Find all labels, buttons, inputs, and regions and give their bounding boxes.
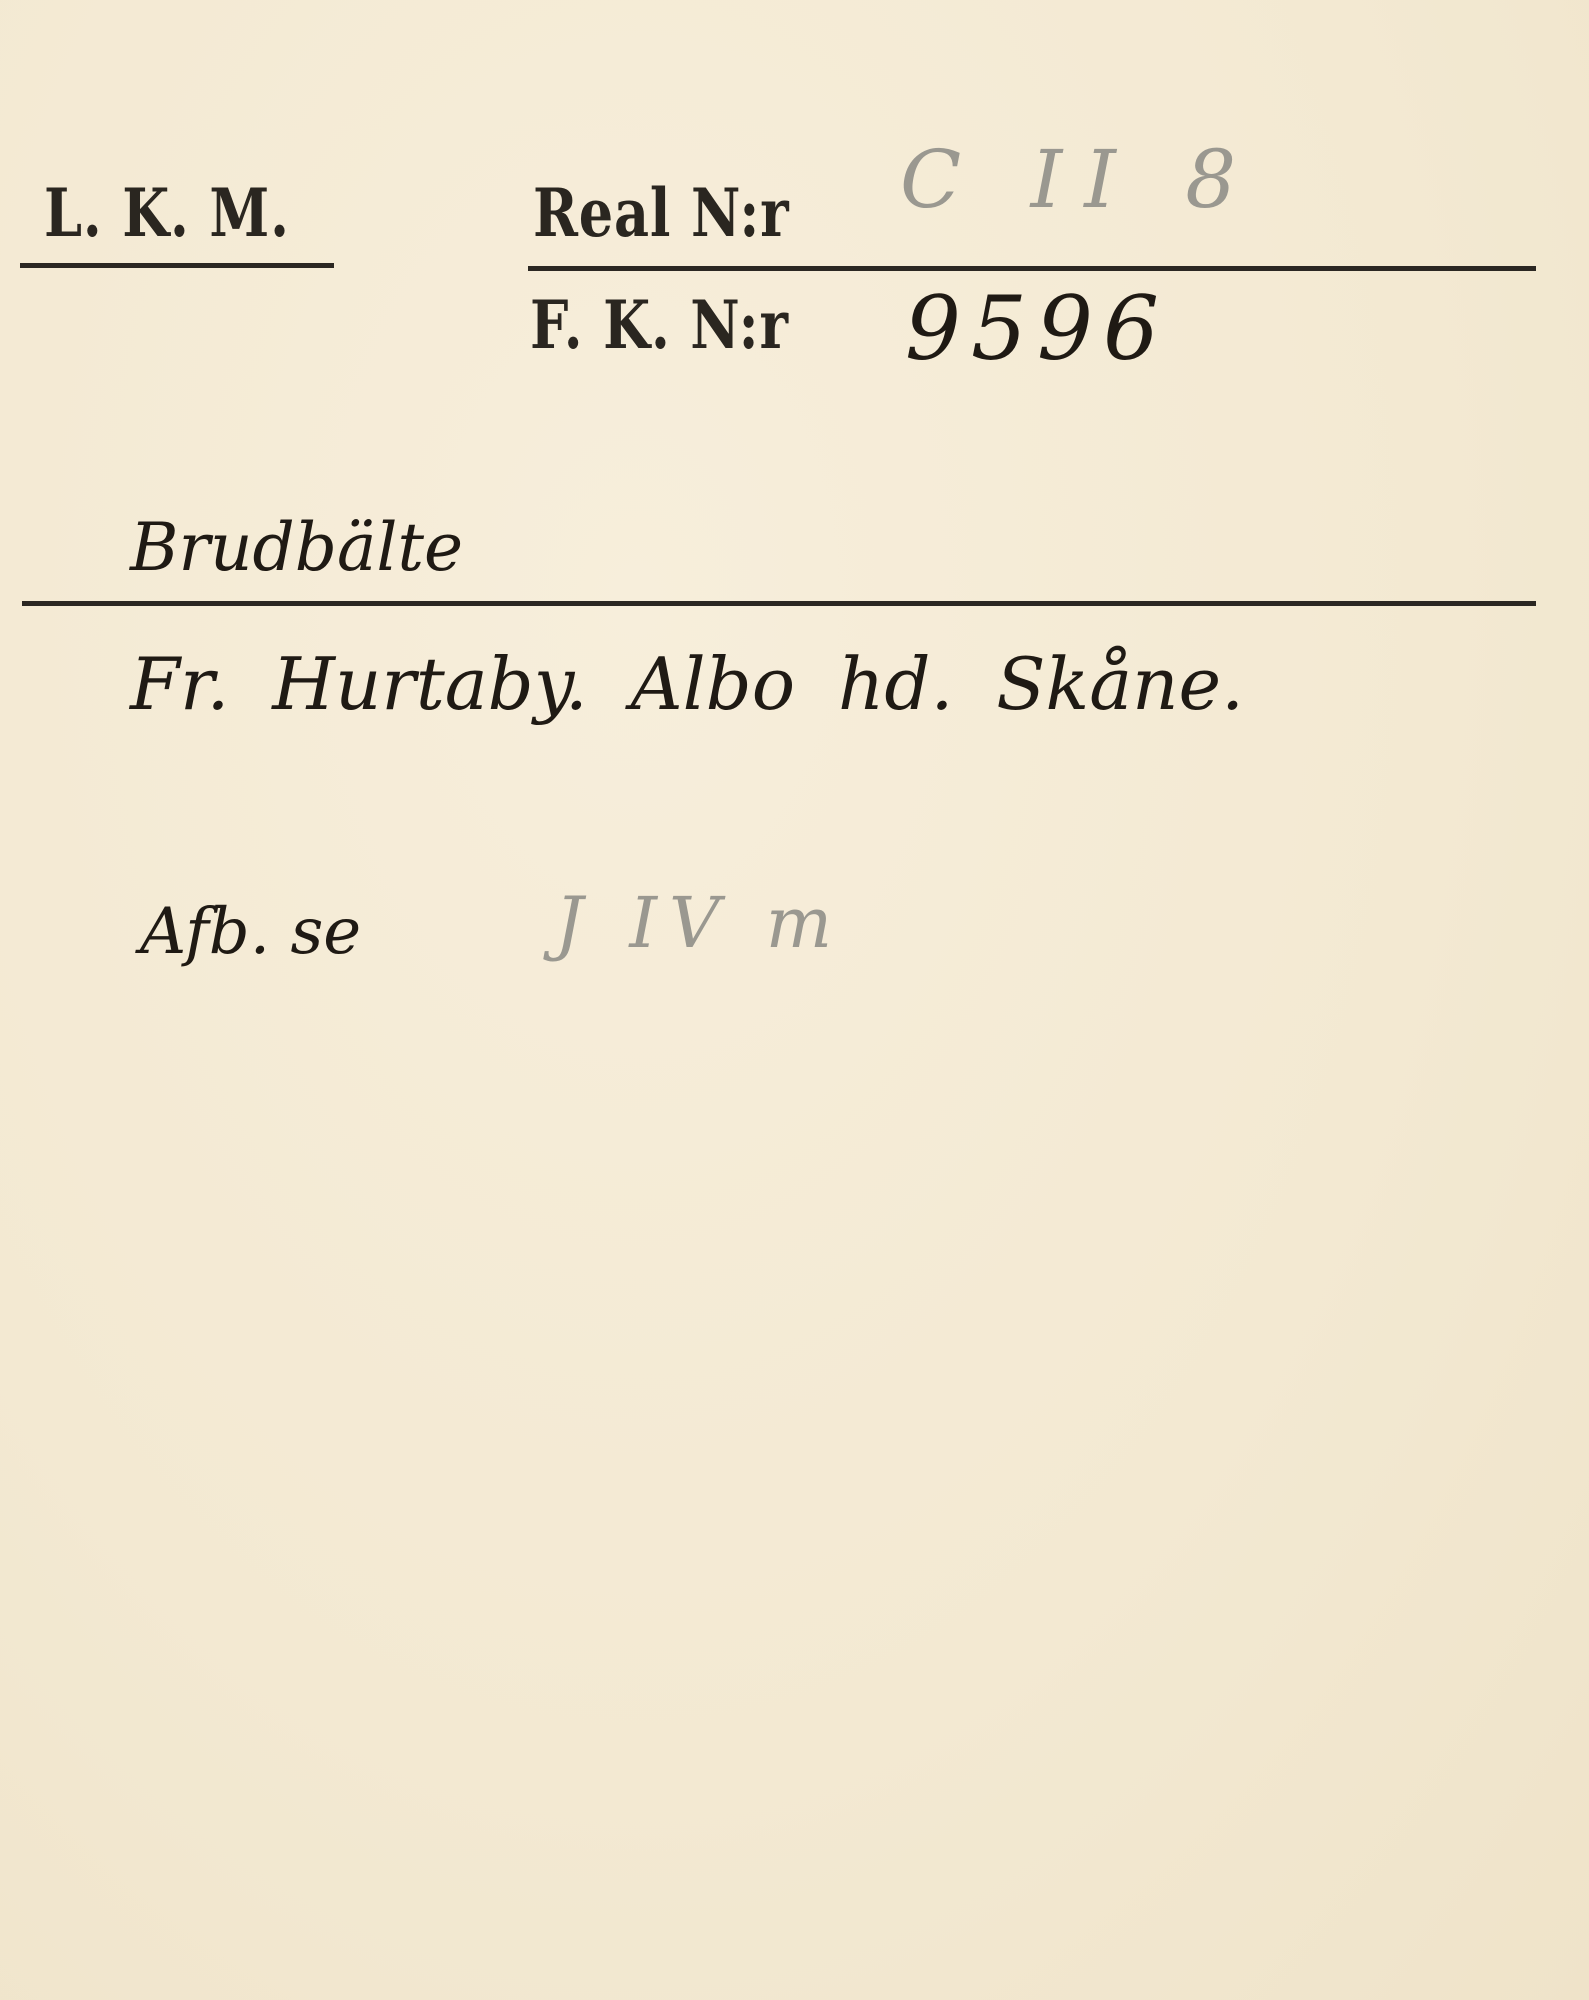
real-number-value: C II 8 (900, 140, 1258, 220)
object-name: Brudbälte (130, 515, 463, 581)
object-name-rule (22, 601, 1536, 606)
fk-number-label: F. K. N:r (530, 292, 789, 358)
provenance-text: Fr. Hurtaby. Albo hd. Skåne. (130, 648, 1244, 720)
catalog-card: L. K. M. Real N:r C II 8 F. K. N:r 9596 … (0, 0, 1589, 2000)
institution-label: L. K. M. (44, 180, 290, 246)
reference-label: Afb. se (140, 900, 361, 964)
real-number-rule (528, 266, 1536, 271)
institution-underline (20, 263, 334, 268)
reference-value: J IV m (555, 888, 844, 958)
fk-number-value: 9596 (905, 285, 1169, 373)
real-number-label: Real N:r (533, 180, 789, 246)
